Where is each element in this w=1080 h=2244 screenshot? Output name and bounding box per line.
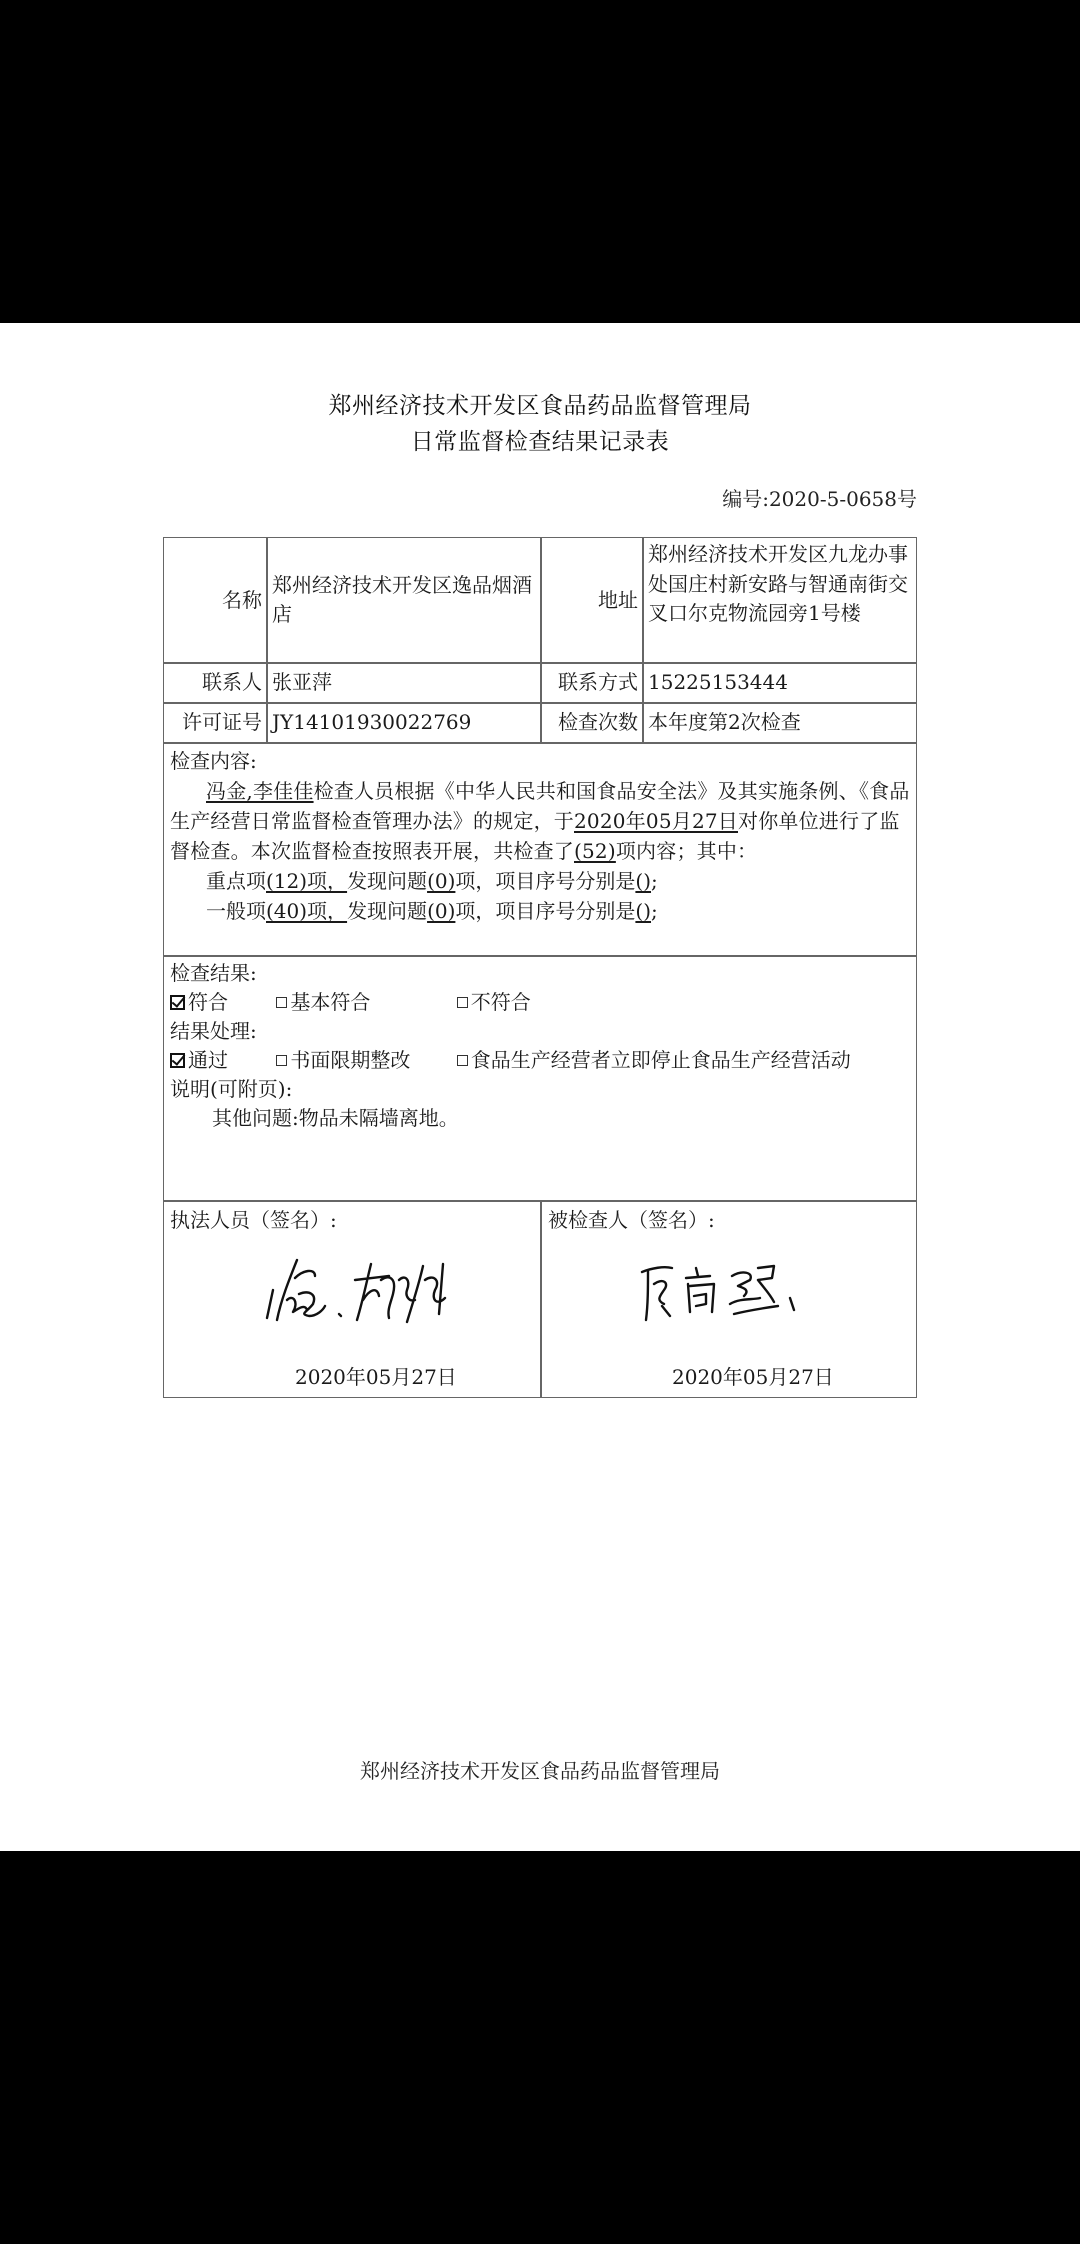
inspection-content-heading: 检查内容: bbox=[170, 746, 910, 776]
phone-label: 联系方式 bbox=[541, 663, 642, 702]
option-label: 不符合 bbox=[471, 990, 531, 1014]
issues-label: 发现问题 bbox=[347, 869, 427, 893]
paragraph-text: 项内容；其中： bbox=[616, 839, 757, 863]
checkbox-checked-icon[interactable] bbox=[170, 995, 185, 1010]
inspection-record-table: 名称 郑州经济技术开发区逸品烟酒店 地址 郑州经济技术开发区九龙办事处国庄村新安… bbox=[163, 537, 917, 1398]
item-numbers-label: 项，项目序号分别是 bbox=[455, 869, 635, 893]
result-option-noncompliant[interactable]: 不符合 bbox=[457, 988, 531, 1017]
total-items-count: (52) bbox=[574, 839, 616, 863]
checkbox-icon[interactable] bbox=[457, 997, 468, 1008]
divider bbox=[164, 955, 916, 957]
document-page: 郑州经济技术开发区食品药品监督管理局 日常监督检查结果记录表 编号:2020-5… bbox=[0, 323, 1080, 1851]
checkbox-icon[interactable] bbox=[276, 1055, 287, 1066]
address-value-text: 郑州经济技术开发区九龙办事处国庄村新安路与智通南街交叉口尔克物流园旁1号楼 bbox=[648, 540, 910, 629]
general-item-numbers: () bbox=[635, 899, 651, 923]
result-option-compliant[interactable]: 符合 bbox=[170, 988, 270, 1017]
general-items-line: 一般项(40)项，发现问题(0)项，项目序号分别是(); bbox=[170, 896, 910, 926]
note-heading: 说明(可附页): bbox=[170, 1075, 910, 1104]
issues-label: 发现问题 bbox=[347, 899, 427, 923]
inspection-result-section: 检查结果: 符合 基本符合 不符合 结果处理: 通过 书面限期整改 食品生产经营… bbox=[170, 959, 910, 1133]
checkbox-icon[interactable] bbox=[457, 1055, 468, 1066]
inspection-count-value: 本年度第2次检查 bbox=[643, 703, 916, 742]
handling-heading: 结果处理: bbox=[170, 1017, 910, 1046]
note-text: 其他问题:物品未隔墙离地。 bbox=[170, 1104, 910, 1133]
phone-value: 15225153444 bbox=[643, 663, 916, 702]
inspection-count-label: 检查次数 bbox=[541, 703, 642, 742]
inspection-date: 2020年05月27日 bbox=[574, 809, 738, 833]
key-issues-count: (0) bbox=[427, 869, 455, 893]
contact-value: 张亚萍 bbox=[267, 663, 539, 702]
document-title-agency: 郑州经济技术开发区食品药品监督管理局 bbox=[0, 387, 1080, 420]
item-numbers-label: 项，项目序号分别是 bbox=[455, 899, 635, 923]
license-value: JY14101930022769 bbox=[267, 703, 539, 742]
inspected-signature-image bbox=[634, 1258, 834, 1328]
address-value: 郑州经济技术开发区九龙办事处国庄村新安路与智通南街交叉口尔克物流园旁1号楼 bbox=[643, 538, 916, 662]
officer-signature-label: 执法人员（签名）: bbox=[170, 1206, 337, 1235]
key-items-line: 重点项(12)项，发现问题(0)项，项目序号分别是(); bbox=[170, 866, 910, 896]
option-label: 食品生产经营者立即停止食品生产经营活动 bbox=[471, 1048, 851, 1072]
general-items-label: 一般项 bbox=[206, 899, 266, 923]
officer-signature-image bbox=[259, 1250, 489, 1328]
license-label: 许可证号 bbox=[164, 703, 266, 742]
punctuation: ; bbox=[651, 869, 658, 893]
result-options: 符合 基本符合 不符合 bbox=[170, 988, 910, 1017]
handling-options: 通过 书面限期整改 食品生产经营者立即停止食品生产经营活动 bbox=[170, 1046, 910, 1075]
handling-option-pass[interactable]: 通过 bbox=[170, 1046, 270, 1075]
document-title-form: 日常监督检查结果记录表 bbox=[0, 423, 1080, 456]
contact-label: 联系人 bbox=[164, 663, 266, 702]
inspected-signature-label: 被检查人（签名）: bbox=[548, 1206, 715, 1235]
key-items-count: (12)项， bbox=[266, 869, 347, 893]
name-value-text: 郑州经济技术开发区逸品烟酒店 bbox=[272, 571, 532, 629]
option-label: 书面限期整改 bbox=[290, 1048, 410, 1072]
divider bbox=[540, 1200, 542, 1398]
punctuation: ; bbox=[651, 899, 658, 923]
handling-option-rectify[interactable]: 书面限期整改 bbox=[276, 1046, 450, 1075]
document-number: 编号:2020-5-0658号 bbox=[722, 483, 917, 512]
checkbox-checked-icon[interactable] bbox=[170, 1053, 185, 1068]
inspectors-names: 冯金,李佳佳 bbox=[206, 779, 314, 803]
officer-signature-date: 2020年05月27日 bbox=[295, 1361, 457, 1390]
general-items-count: (40)项， bbox=[266, 899, 347, 923]
option-label: 通过 bbox=[188, 1048, 228, 1072]
footer-agency-name: 郑州经济技术开发区食品药品监督管理局 bbox=[0, 1755, 1080, 1784]
inspection-content-section: 检查内容: 冯金,李佳佳检查人员根据《中华人民共和国食品安全法》及其实施条例、《… bbox=[170, 746, 910, 926]
result-heading: 检查结果: bbox=[170, 959, 910, 988]
checkbox-icon[interactable] bbox=[276, 997, 287, 1008]
result-option-basically-compliant[interactable]: 基本符合 bbox=[276, 988, 450, 1017]
inspection-content-paragraph: 冯金,李佳佳检查人员根据《中华人民共和国食品安全法》及其实施条例、《食品生产经营… bbox=[170, 776, 910, 866]
name-value: 郑州经济技术开发区逸品烟酒店 bbox=[267, 538, 539, 662]
general-issues-count: (0) bbox=[427, 899, 455, 923]
name-label: 名称 bbox=[164, 538, 266, 662]
address-label: 地址 bbox=[541, 538, 642, 662]
divider bbox=[164, 742, 916, 744]
key-items-label: 重点项 bbox=[206, 869, 266, 893]
key-item-numbers: () bbox=[635, 869, 651, 893]
option-label: 基本符合 bbox=[290, 990, 370, 1014]
inspected-signature-date: 2020年05月27日 bbox=[672, 1361, 834, 1390]
option-label: 符合 bbox=[188, 990, 228, 1014]
handling-option-stop-operations[interactable]: 食品生产经营者立即停止食品生产经营活动 bbox=[457, 1046, 851, 1075]
